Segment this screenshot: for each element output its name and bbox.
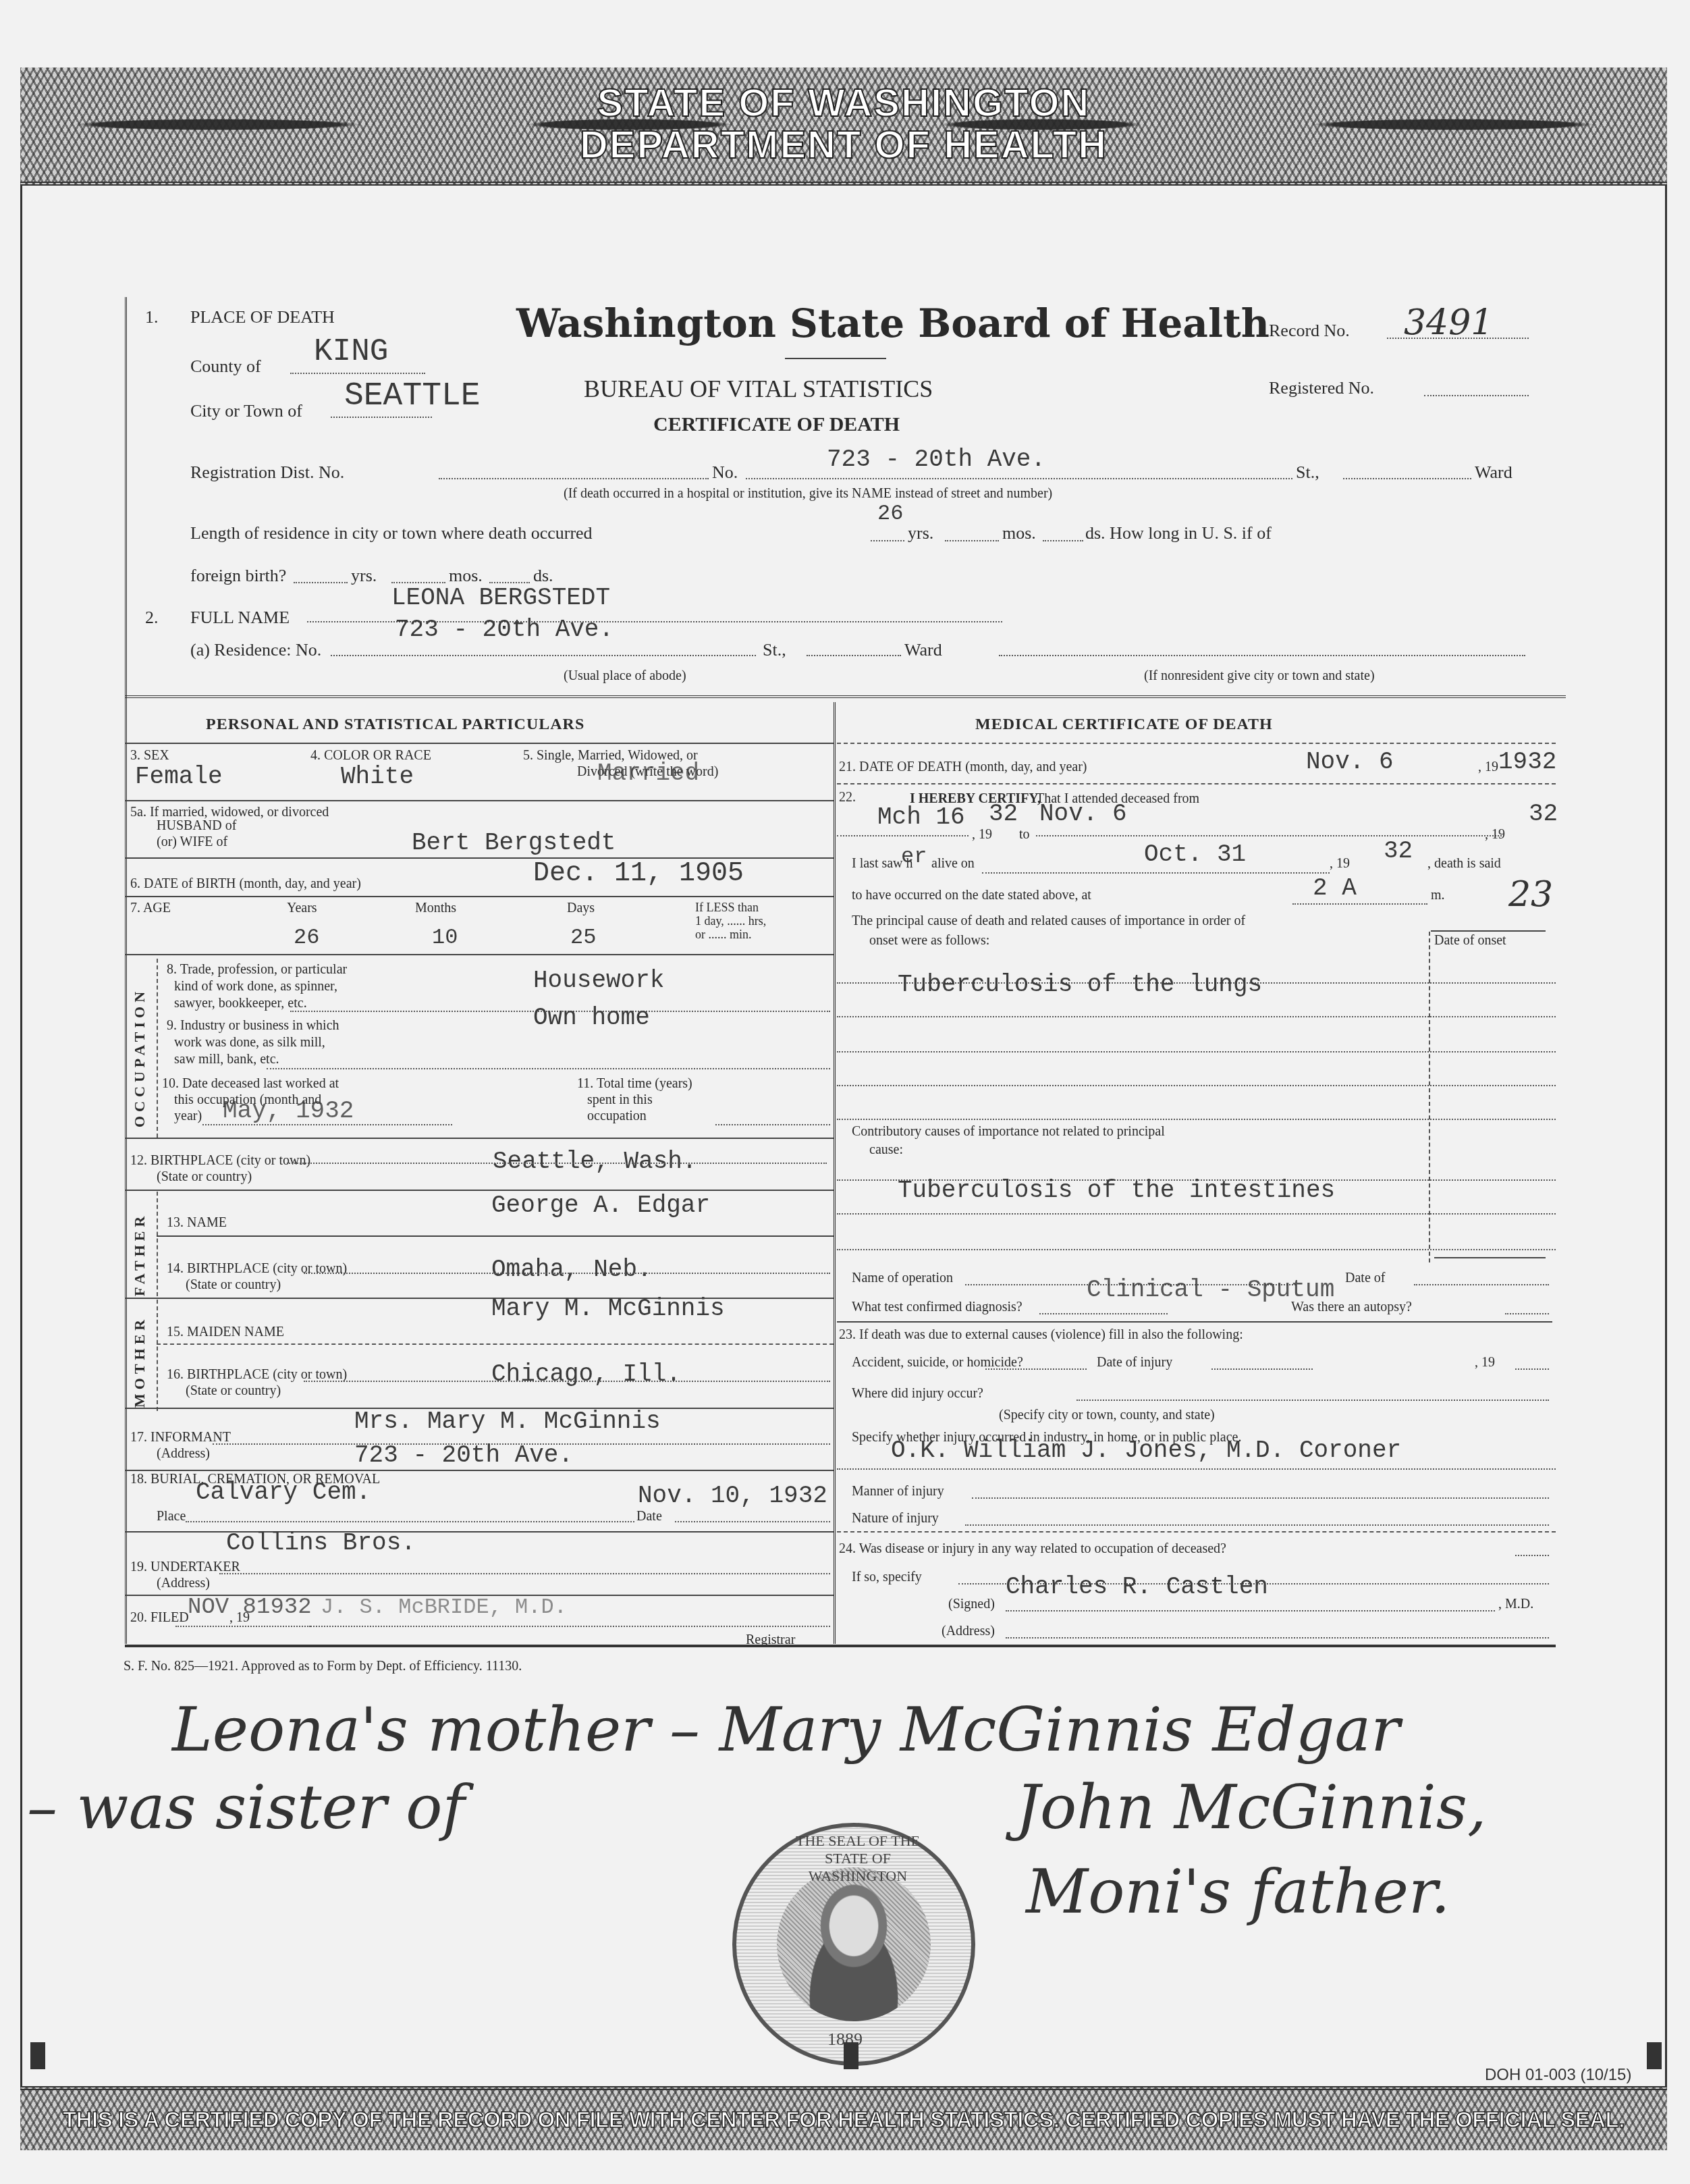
alive-on-label: alive on <box>931 856 975 872</box>
left-form-border <box>125 297 127 1644</box>
trade-label-3: sawyer, bookkeeper, etc. <box>174 996 307 1011</box>
undertaker-address-label: (Address) <box>157 1576 210 1591</box>
dob-value: Dec. 11, 1905 <box>533 859 744 889</box>
dod-value: Nov. 6 <box>1306 748 1394 776</box>
mos-label: mos. <box>1002 523 1036 543</box>
father-side-rule <box>157 1192 158 1296</box>
injury-rule <box>837 1531 1556 1533</box>
last-saw-pronoun: er <box>901 844 927 869</box>
principal-cause-label-1: The principal cause of death and related… <box>852 913 1245 929</box>
birthplace-state-label: (State or country) <box>157 1169 252 1185</box>
cause-line-4 <box>837 1085 1556 1086</box>
burial-date-value: Nov. 10, 1932 <box>638 1482 827 1510</box>
total-time-label-1: 11. Total time (years) <box>577 1076 692 1092</box>
ward-label: Ward <box>1475 462 1512 483</box>
item-number-1: 1. <box>145 307 159 327</box>
dod-rule <box>837 783 1556 784</box>
last-worked-line <box>202 1124 452 1125</box>
row-rule-informant <box>125 1470 834 1471</box>
date-of-operation-label: Date of <box>1345 1271 1385 1286</box>
seal-text: THE SEAL OF THE STATE OF WASHINGTON <box>784 1832 932 1885</box>
external-causes-label: 23. If death was due to external causes … <box>839 1327 1243 1343</box>
full-name-label: FULL NAME <box>190 608 290 628</box>
father-name-value: George A. Edgar <box>491 1192 710 1219</box>
banner-state-title: STATE OF WASHINGTON <box>20 68 1667 124</box>
bureau-title: BUREAU OF VITAL STATISTICS <box>584 375 933 403</box>
personal-section-title: PERSONAL AND STATISTICAL PARTICULARS <box>206 716 584 734</box>
from-19: , 19 <box>972 827 992 843</box>
county-label: County of <box>190 356 261 377</box>
race-label: 4. COLOR OR RACE <box>310 748 431 764</box>
last-worked-label-1: 10. Date deceased last worked at <box>162 1076 339 1092</box>
specify-city-note: (Specify city or town, county, and state… <box>999 1408 1215 1423</box>
row-rule-father <box>125 1298 834 1299</box>
filed-19-label: , 19 <box>229 1610 250 1626</box>
principal-cause-value: Tuberculosis of the lungs <box>898 971 1262 998</box>
if-so-label: If so, specify <box>852 1570 922 1585</box>
cause-line-3 <box>837 1051 1556 1053</box>
burial-place-value: Calvary Cem. <box>196 1479 371 1506</box>
title-rule <box>785 358 886 359</box>
attended-from: Mch 16 <box>877 803 965 831</box>
onset-end-rule <box>1434 1257 1546 1258</box>
banner-department-title: DEPARTMENT OF HEALTH <box>20 124 1667 166</box>
margin-handwritten-number: 23 <box>1508 874 1553 915</box>
accident-line <box>985 1368 1087 1370</box>
dod-year: 1932 <box>1498 748 1556 776</box>
race-value: White <box>341 763 414 791</box>
time-of-death-line <box>1292 903 1427 905</box>
mother-side-label: MOTHER <box>131 1306 148 1408</box>
industry-label-2: work was done, as silk mill, <box>174 1035 325 1050</box>
age-years-value: 26 <box>294 925 319 950</box>
autopsy-line <box>1505 1313 1549 1314</box>
registration-dist-label: Registration Dist. No. <box>190 462 344 483</box>
contributory-line-2 <box>837 1213 1556 1215</box>
attended-to-line <box>1036 835 1502 836</box>
residence-value: 723 - 20th Ave. <box>395 616 614 643</box>
mother-birthplace-line <box>304 1381 830 1382</box>
manner-line <box>972 1497 1549 1499</box>
residence-label: (a) Residence: No. <box>190 640 321 660</box>
less-than-label: If LESS than <box>695 901 759 915</box>
row-rule-birthplace <box>125 1190 834 1191</box>
filed-line <box>175 1626 310 1627</box>
residence-mos-line <box>945 540 999 541</box>
coroner-value: O.K. William J. Jones, M.D. Coroner <box>891 1437 1401 1464</box>
foreign-mos-label: mos. <box>449 566 483 586</box>
spouse-value: Bert Bergstedt <box>412 829 616 857</box>
operation-label: Name of operation <box>852 1271 953 1286</box>
occupation-side-rule <box>157 959 158 1138</box>
age-days-label: Days <box>567 901 595 916</box>
mother-side-rule <box>157 1300 158 1411</box>
attended-from-line <box>837 835 969 836</box>
date-of-operation-line <box>1414 1284 1549 1285</box>
seal-portrait <box>777 1867 931 2021</box>
time-of-death-value: 2 A <box>1313 874 1357 902</box>
birthplace-label: 12. BIRTHPLACE (city or town) <box>130 1153 310 1169</box>
last-saw-date: Oct. 31 <box>1144 841 1246 868</box>
date-of-injury-line <box>1211 1368 1313 1370</box>
to-19: , 19 <box>1485 827 1505 843</box>
age-years-label: Years <box>287 901 317 916</box>
cause-line-2 <box>837 1016 1556 1017</box>
residence-ward-label: Ward <box>904 640 942 660</box>
foreign-mos-line <box>391 582 445 583</box>
state-banner: STATE OF WASHINGTON DEPARTMENT OF HEALTH <box>20 68 1667 186</box>
row-rule-mother-name <box>157 1343 834 1345</box>
contributory-value: Tuberculosis of the intestines <box>898 1177 1335 1204</box>
age-months-value: 10 <box>432 925 458 950</box>
row-rule-occupation <box>125 1138 834 1139</box>
county-line <box>290 373 425 374</box>
contributory-label-2: cause: <box>869 1142 903 1158</box>
informant-address-value: 723 - 20th Ave. <box>354 1441 573 1469</box>
certified-copy-band: THIS IS A CERTIFIED COPY OF THE RECORD O… <box>20 2086 1667 2150</box>
contributory-line-3 <box>837 1249 1556 1250</box>
trade-value: Housework <box>533 967 664 994</box>
onset-header-rule <box>1431 930 1546 932</box>
medical-title-rule <box>837 743 1556 744</box>
to-label: to <box>1019 827 1030 843</box>
mother-birthplace-value: Chicago, Ill. <box>491 1360 681 1388</box>
injury-year-line <box>1515 1368 1549 1370</box>
medical-section-title: MEDICAL CERTIFICATE OF DEATH <box>975 716 1273 734</box>
test-line <box>1039 1313 1168 1314</box>
trade-label-2: kind of work done, as spinner, <box>174 979 337 994</box>
usual-abode-note: (Usual place of abode) <box>564 668 686 684</box>
city-line <box>331 417 432 418</box>
nature-label: Nature of injury <box>852 1511 939 1526</box>
residence-years-line <box>871 540 904 541</box>
hospital-note: (If death occurred in a hospital or inst… <box>564 486 1052 502</box>
occupation-side-label: OCCUPATION <box>131 972 148 1127</box>
manner-label: Manner of injury <box>852 1484 944 1499</box>
row-rule-age <box>125 954 834 955</box>
foreign-ds-label: ds. <box>533 566 553 586</box>
header-divider <box>125 695 1566 698</box>
filed-year-stamp: 1932 <box>256 1595 312 1620</box>
residence-years-value: 26 <box>877 501 903 526</box>
record-no-value: 3491 <box>1404 302 1493 343</box>
trade-label-1: 8. Trade, profession, or particular <box>167 962 347 978</box>
death-street-value: 723 - 20th Ave. <box>827 446 1045 473</box>
principal-cause-label-2: onset were as follows: <box>869 933 989 949</box>
where-injury-line <box>1076 1400 1549 1401</box>
handwritten-note-line-1: Leona's mother – Mary McGinnis Edgar <box>172 1695 1400 1765</box>
board-title: Washington State Board of Health <box>516 300 1270 346</box>
county-value: KING <box>314 334 388 369</box>
signed-line <box>1006 1610 1495 1612</box>
father-side-label: FATHER <box>131 1195 148 1296</box>
city-value: SEATTLE <box>344 378 481 415</box>
informant-address-label: (Address) <box>157 1446 210 1462</box>
handwritten-note-line-2: – was sister of <box>27 1772 465 1843</box>
father-name-label: 13. NAME <box>167 1215 227 1231</box>
no-label: No. <box>712 462 738 483</box>
residence-ward-line <box>807 655 901 656</box>
date-of-onset-label: Date of onset <box>1434 933 1506 949</box>
last-saw-line <box>982 872 1330 874</box>
row-rule-father-name <box>157 1235 834 1237</box>
city-label: City or Town of <box>190 401 302 421</box>
foreign-yrs-line <box>294 582 348 583</box>
occupation-related-label: 24. Was disease or injury in any way rel… <box>839 1541 1226 1557</box>
registration-marker-center <box>844 2042 858 2069</box>
m-label: m. <box>1431 888 1445 903</box>
industry-line <box>267 1068 830 1069</box>
nonresident-line <box>999 655 1525 656</box>
burial-place-label: Place <box>157 1509 186 1524</box>
coroner-line <box>837 1468 1556 1470</box>
contributory-label-1: Contributory causes of importance not re… <box>852 1124 1165 1140</box>
document-code: DOH 01-003 (10/15) <box>1485 2066 1631 2085</box>
undertaker-value: Collins Bros. <box>226 1529 416 1557</box>
father-birthplace-value: Omaha, Neb. <box>491 1256 652 1283</box>
record-no-label: Record No. <box>1269 321 1350 341</box>
signed-label: (Signed) <box>948 1597 995 1612</box>
registered-no-label: Registered No. <box>1269 378 1374 398</box>
street-line <box>746 478 1292 479</box>
row-rule-sex <box>125 800 834 801</box>
st-label: St., <box>1296 462 1319 483</box>
informant-value: Mrs. Mary M. McGinnis <box>354 1408 661 1435</box>
column-divider <box>834 702 836 1644</box>
residence-line <box>331 655 756 656</box>
registered-no-line <box>1424 395 1529 396</box>
registration-marker-right <box>1647 2042 1662 2069</box>
burial-date-label: Date <box>636 1509 662 1524</box>
handwritten-note-line-3: John McGinnis, <box>1016 1772 1487 1843</box>
personal-title-rule <box>125 743 834 744</box>
state-seal: THE SEAL OF THE STATE OF WASHINGTON 1889 <box>732 1823 975 2066</box>
father-birthplace-label: 14. BIRTHPLACE (city or town) <box>167 1261 347 1277</box>
death-said-label: , death is said <box>1427 856 1501 872</box>
industry-label-3: saw mill, bank, etc. <box>174 1052 279 1067</box>
registrar-line <box>310 1626 830 1627</box>
item-number-2: 2. <box>145 608 159 628</box>
birthplace-line <box>287 1163 827 1164</box>
mother-name-value: Mary M. McGinnis <box>491 1295 725 1323</box>
residence-ds-line <box>1043 540 1083 541</box>
age-label: 7. AGE <box>130 901 171 916</box>
physician-address-label: (Address) <box>942 1624 995 1639</box>
burial-date-line <box>675 1521 830 1522</box>
mother-name-label: 15. MAIDEN NAME <box>167 1325 284 1340</box>
occupation-related-line <box>1515 1555 1549 1556</box>
mother-birthplace-state-label: (State or country) <box>186 1383 281 1399</box>
certified-copy-text: THIS IS A CERTIFIED COPY OF THE RECORD O… <box>20 2090 1667 2133</box>
foreign-birth-label: foreign birth? <box>190 566 286 586</box>
industry-label-1: 9. Industry or business in which <box>167 1018 339 1034</box>
full-name-value: LEONA BERGSTEDT <box>391 584 610 612</box>
total-time-label-2: spent in this <box>587 1092 653 1108</box>
last-saw-19: , 19 <box>1330 856 1350 872</box>
one-day-hrs-label: 1 day, ...... hrs, <box>695 914 766 928</box>
injury-19: , 19 <box>1475 1355 1495 1370</box>
or-min-label: or ...... min. <box>695 928 752 942</box>
cause-line-5 <box>837 1119 1556 1120</box>
diagnosis-rule <box>837 1321 1552 1323</box>
signed-physician-value: Charles R. Castlen <box>1006 1573 1268 1601</box>
registration-marker-left <box>30 2042 45 2069</box>
industry-value: Own home <box>533 1004 650 1032</box>
yrs-label: yrs. <box>908 523 933 543</box>
dod-label: 21. DATE OF DEATH (month, day, and year) <box>839 760 1087 775</box>
certificate-title: CERTIFICATE OF DEATH <box>653 413 900 436</box>
sex-value: Female <box>135 763 223 791</box>
spouse-label-2: HUSBAND of <box>157 818 236 834</box>
last-worked-label-3: year) <box>174 1109 202 1124</box>
row-rule-dob <box>125 896 834 897</box>
father-birthplace-line <box>304 1273 830 1274</box>
dob-label: 6. DATE of BIRTH (month, day, and year) <box>130 876 361 892</box>
occurred-label: to have occurred on the date stated abov… <box>852 888 1091 903</box>
from-year: 32 <box>989 800 1018 828</box>
to-year: 32 <box>1529 800 1558 828</box>
sex-label: 3. SEX <box>130 748 169 764</box>
foreign-ds-line <box>489 582 530 583</box>
where-injury-label: Where did injury occur? <box>852 1386 983 1402</box>
last-worked-value: May, 1932 <box>223 1097 354 1125</box>
nonresident-note: (If nonresident give city or town and st… <box>1144 668 1375 684</box>
marital-value: Married <box>597 760 699 787</box>
birthplace-value: Seattle, Wash. <box>493 1148 697 1175</box>
attended-to: Nov. 6 <box>1039 800 1127 828</box>
handwritten-note-line-4: Moni's father. <box>1026 1857 1450 1927</box>
test-label: What test confirmed diagnosis? <box>852 1300 1023 1315</box>
physician-address-line <box>1006 1637 1549 1639</box>
father-birthplace-state-label: (State or country) <box>186 1277 281 1293</box>
date-of-injury-label: Date of injury <box>1097 1355 1172 1370</box>
filed-label: 20. FILED <box>130 1610 189 1626</box>
ward-line <box>1343 478 1471 479</box>
dod-19: , 19 <box>1478 760 1498 775</box>
form-number-note: S. F. No. 825—1921. Approved as to Form … <box>124 1659 522 1674</box>
residence-st-label: St., <box>763 640 786 660</box>
residence-length-label: Length of residence in city or town wher… <box>190 523 593 543</box>
age-days-value: 25 <box>570 925 596 950</box>
burial-place-line <box>186 1521 634 1522</box>
age-months-label: Months <box>415 901 456 916</box>
registration-dist-line <box>439 478 709 479</box>
how-long-label: ds. How long in U. S. if of <box>1085 523 1272 543</box>
total-time-line <box>715 1124 830 1125</box>
last-saw-year: 32 <box>1384 837 1413 865</box>
undertaker-line <box>219 1573 830 1574</box>
nature-line <box>965 1524 1549 1526</box>
spouse-label-3: (or) WIFE of <box>157 834 227 850</box>
total-time-label-3: occupation <box>587 1109 647 1124</box>
foreign-yrs-label: yrs. <box>351 566 377 586</box>
place-of-death-label: PLACE OF DEATH <box>190 307 335 327</box>
form-bottom-rule <box>125 1645 1556 1647</box>
md-label: , M.D. <box>1498 1597 1533 1612</box>
registrar-stamp: J. S. McBRIDE, M.D. <box>321 1595 567 1620</box>
autopsy-label: Was there an autopsy? <box>1291 1300 1412 1315</box>
item-number-22: 22. <box>839 790 856 805</box>
